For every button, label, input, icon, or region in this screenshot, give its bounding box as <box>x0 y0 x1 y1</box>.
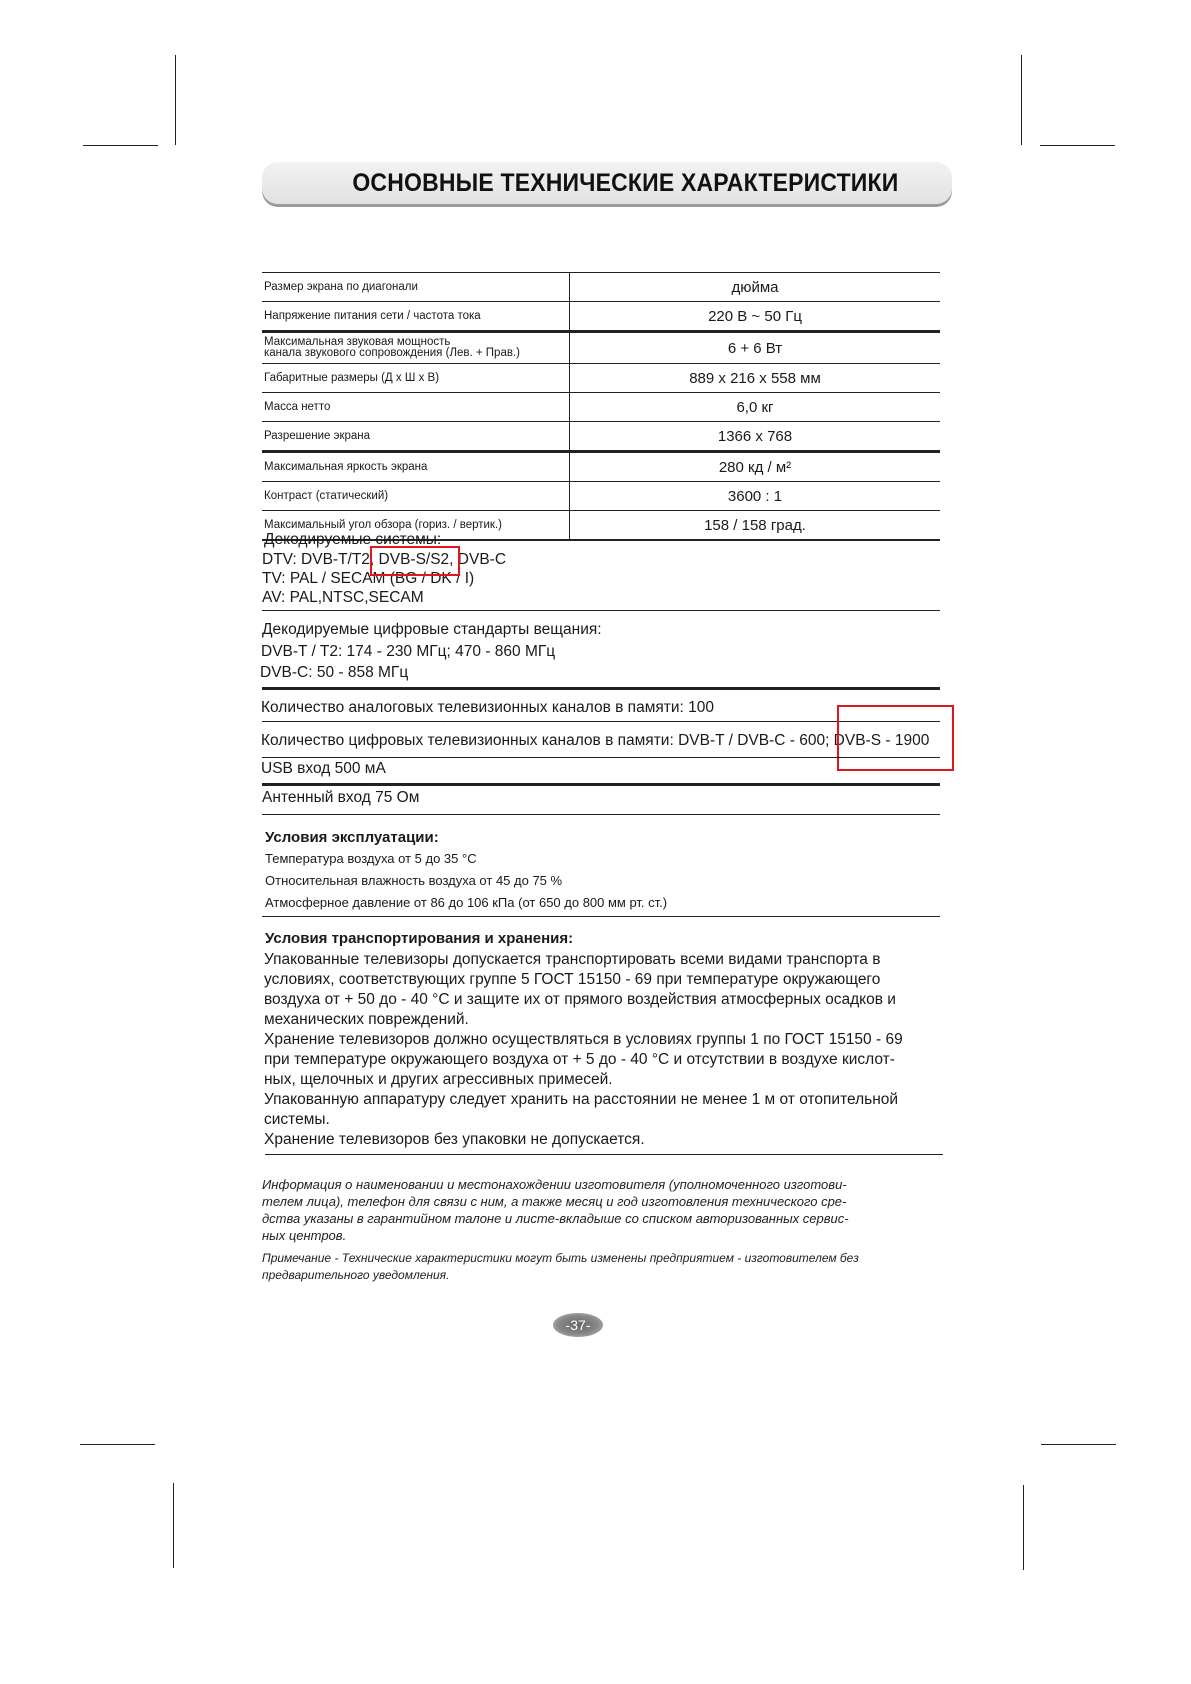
highlight-box <box>837 705 954 771</box>
spec-value: дюйма <box>570 273 941 302</box>
divider <box>262 757 940 758</box>
manufacturer-line: Информация о наименовании и местонахожде… <box>262 1176 942 1193</box>
spec-label: Масса нетто <box>262 393 570 422</box>
broadcast-dvbc: DVB-C: 50 - 858 МГц <box>260 664 408 682</box>
spec-label: Максимальная звуковая мощность канала зв… <box>262 332 570 364</box>
table-row: Напряжение питания сети / частота тока 2… <box>262 302 940 332</box>
spec-label: Контраст (статический) <box>262 482 570 511</box>
transport-line: Упакованную аппаратуру следует хранить н… <box>264 1090 944 1110</box>
spec-value: 889 х 216 х 558 мм <box>570 364 941 393</box>
operation-line: Атмосферное давление от 86 до 106 кПа (о… <box>265 895 667 910</box>
spec-value: 1366 x 768 <box>570 422 941 452</box>
divider <box>262 783 940 786</box>
note: Примечание - Технические характеристики … <box>262 1250 942 1284</box>
spec-label: Максимальная яркость экрана <box>262 452 570 482</box>
crop-mark <box>1023 1485 1024 1570</box>
table-row: Максимальная яркость экрана 280 кд / м² <box>262 452 940 482</box>
transport-line: условиях, соответствующих группе 5 ГОСТ … <box>264 970 944 990</box>
page-number: -37- <box>553 1313 603 1337</box>
broadcast-heading: Декодируемые цифровые стандарты вещания: <box>262 621 602 639</box>
spec-label-line: канала звукового сопровождения (Лев. + П… <box>264 348 569 359</box>
crop-mark <box>1040 145 1115 146</box>
table-row: Масса нетто 6,0 кг <box>262 393 940 422</box>
transport-line: при температуре окружающего воздуха от +… <box>264 1050 944 1070</box>
highlight-box <box>370 546 460 576</box>
operation-heading: Условия эксплуатации: <box>265 829 439 846</box>
crop-mark <box>83 145 158 146</box>
transport-heading: Условия транспортирования и хранения: <box>265 930 573 947</box>
table-row: Разрешение экрана 1366 x 768 <box>262 422 940 452</box>
spec-label: Габаритные размеры (Д х Ш х В) <box>262 364 570 393</box>
manufacturer-line: дства указаны в гарантийном талоне и лис… <box>262 1210 942 1227</box>
transport-line: Хранение телевизоров должно осуществлять… <box>264 1030 944 1050</box>
operation-line: Температура воздуха от 5 до 35 °С <box>265 851 477 866</box>
transport-line: Упакованные телевизоры допускается транс… <box>264 950 944 970</box>
transport-line: Хранение телевизоров без упаковки не доп… <box>264 1130 944 1150</box>
page-title: ОСНОВНЫЕ ТЕХНИЧЕСКИЕ ХАРАКТЕРИСТИКИ <box>290 169 925 198</box>
spec-value: 3600 : 1 <box>570 482 941 511</box>
spec-value: 6 + 6 Вт <box>570 332 941 364</box>
divider <box>262 687 940 690</box>
transport-line: ных, щелочных и других агрессивных приме… <box>264 1070 944 1090</box>
transport-text: Упакованные телевизоры допускается транс… <box>264 950 944 1150</box>
note-line: предварительного уведомления. <box>262 1267 942 1284</box>
digital-channels: Количество цифровых телевизионных канало… <box>261 732 929 750</box>
table-row: Габаритные размеры (Д х Ш х В) 889 х 216… <box>262 364 940 393</box>
manufacturer-line: телем лица), телефон для связи с ним, а … <box>262 1193 942 1210</box>
spec-value: 6,0 кг <box>570 393 941 422</box>
crop-mark <box>175 55 176 145</box>
manufacturer-info: Информация о наименовании и местонахожде… <box>262 1176 942 1244</box>
manufacturer-line: ных центров. <box>262 1227 942 1244</box>
spec-table: Размер экрана по диагонали дюйма Напряже… <box>262 272 940 541</box>
analog-channels: Количество аналоговых телевизионных кана… <box>261 699 714 717</box>
table-row: Контраст (статический) 3600 : 1 <box>262 482 940 511</box>
divider <box>262 916 940 917</box>
table-row: Максимальная звуковая мощность канала зв… <box>262 332 940 364</box>
decode-av: AV: PAL,NTSC,SECAM <box>262 589 424 607</box>
crop-mark <box>1021 55 1022 145</box>
operation-line: Относительная влажность воздуха от 45 до… <box>265 873 562 888</box>
table-row: Размер экрана по диагонали дюйма <box>262 273 940 302</box>
note-line: Примечание - Технические характеристики … <box>262 1250 942 1267</box>
crop-mark <box>80 1444 155 1445</box>
crop-mark <box>173 1483 174 1568</box>
transport-line: системы. <box>264 1110 944 1130</box>
spec-label: Напряжение питания сети / частота тока <box>262 302 570 332</box>
broadcast-dvbt: DVB-T / T2: 174 - 230 МГц; 470 - 860 МГц <box>261 643 555 661</box>
spec-value: 280 кд / м² <box>570 452 941 482</box>
spec-label: Размер экрана по диагонали <box>262 273 570 302</box>
divider <box>265 1154 943 1155</box>
transport-line: механических повреждений. <box>264 1010 944 1030</box>
crop-mark <box>1041 1444 1116 1445</box>
spec-value: 220 В ~ 50 Гц <box>570 302 941 332</box>
antenna-input: Антенный вход 75 Ом <box>262 789 419 807</box>
divider <box>262 814 940 815</box>
spec-label: Разрешение экрана <box>262 422 570 452</box>
title-banner: ОСНОВНЫЕ ТЕХНИЧЕСКИЕ ХАРАКТЕРИСТИКИ <box>262 162 952 204</box>
divider <box>262 610 940 611</box>
transport-line: воздуха от + 50 до - 40 °С и защите их о… <box>264 990 944 1010</box>
spec-value: 158 / 158 град. <box>570 511 941 541</box>
usb-input: USB вход 500 мА <box>261 760 386 778</box>
